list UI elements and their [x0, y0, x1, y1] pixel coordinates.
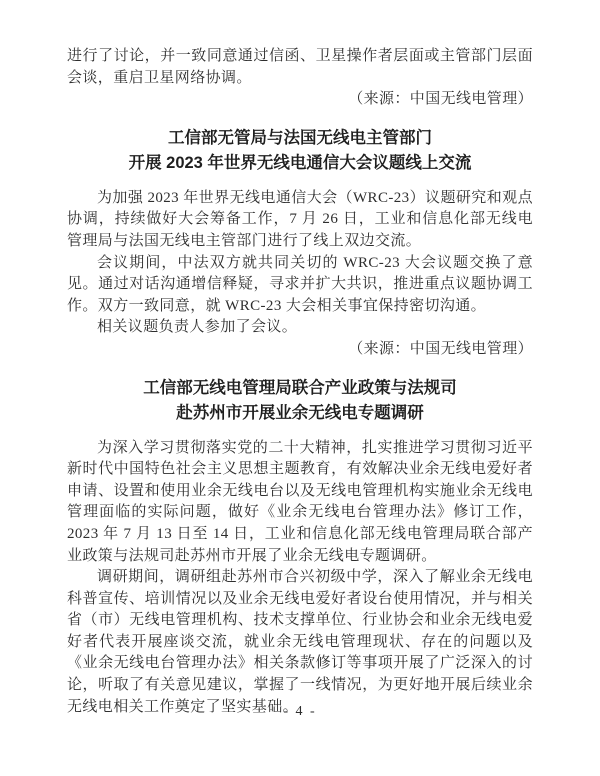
section3-paragraph-1: 为深入学习贯彻落实党的二十大精神，扎实推进学习贯彻习近平新时代中国特色社会主义思… [67, 438, 533, 568]
section3-title-line1: 工信部无线电管理局联合产业政策与法规司 [67, 376, 533, 401]
document-content: 进行了讨论，并一致同意通过信函、卫星操作者层面或主管部门层面会谈，重启卫星网络协… [67, 46, 533, 718]
document-page: 进行了讨论，并一致同意通过信函、卫星操作者层面或主管部门层面会谈，重启卫星网络协… [0, 0, 600, 776]
section2-source-line: （来源：中国无线电管理） [67, 339, 533, 361]
section2-paragraph-3: 相关议题负责人参加了会议。 [67, 317, 533, 339]
section2-title-line1: 工信部无管局与法国无线电主管部门 [67, 126, 533, 151]
section1-source-line: （来源：中国无线电管理） [67, 89, 533, 111]
section2-title: 工信部无管局与法国无线电主管部门 开展 2023 年世界无线电通信大会议题线上交… [67, 126, 533, 176]
section1-paragraph: 进行了讨论，并一致同意通过信函、卫星操作者层面或主管部门层面会谈，重启卫星网络协… [67, 46, 533, 89]
section3-paragraph-2: 调研期间，调研组赴苏州市合兴初级中学，深入了解业余无线电科普宣传、培训情况以及业… [67, 567, 533, 718]
page-number: - 4 - [0, 704, 600, 720]
section3-title-line2: 赴苏州市开展业余无线电专题调研 [67, 401, 533, 426]
section2-paragraph-1: 为加强 2023 年世界无线电通信大会（WRC-23）议题研究和观点协调，持续做… [67, 188, 533, 253]
section2-title-line2: 开展 2023 年世界无线电通信大会议题线上交流 [67, 151, 533, 176]
section2-paragraph-2: 会议期间，中法双方就共同关切的 WRC-23 大会议题交换了意见。通过对话沟通增… [67, 253, 533, 318]
section3-title: 工信部无线电管理局联合产业政策与法规司 赴苏州市开展业余无线电专题调研 [67, 376, 533, 426]
